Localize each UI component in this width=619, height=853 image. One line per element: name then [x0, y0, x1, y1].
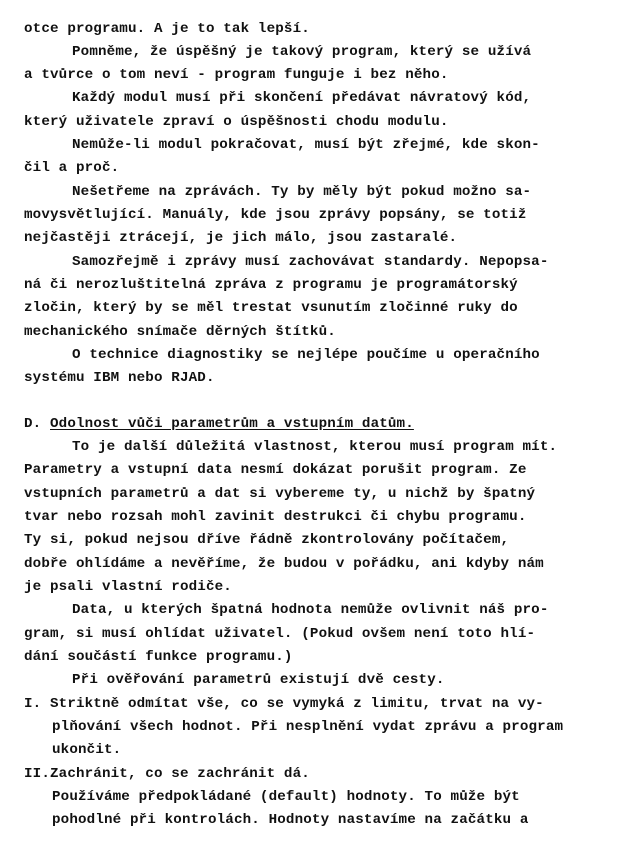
text-line: je psali vlastní rodiče.	[24, 578, 232, 596]
section-label: D.	[24, 416, 41, 432]
text-line: II.Zachránit, co se zachránit dá.	[24, 765, 310, 783]
typewritten-page: otce programu. A je to tak lepší.Pomněme…	[0, 0, 619, 853]
text-line: ukončit.	[52, 741, 121, 759]
text-line: gram, si musí ohlídat uživatel. (Pokud o…	[24, 625, 535, 643]
text-line: Data, u kterých špatná hodnota nemůže ov…	[72, 601, 549, 619]
text-line: otce programu. A je to tak lepší.	[24, 20, 310, 38]
text-line: Samozřejmě i zprávy musí zachovávat stan…	[72, 253, 549, 271]
text-line: systému IBM nebo RJAD.	[24, 369, 215, 387]
text-line: mechanického snímače děrných štítků.	[24, 323, 336, 341]
text-line: dání součástí funkce programu.)	[24, 648, 293, 666]
text-line: ná či nerozluštitelná zpráva z programu …	[24, 276, 518, 294]
text-line: Pomněme, že úspěšný je takový program, k…	[72, 43, 531, 61]
text-line: Parametry a vstupní data nesmí dokázat p…	[24, 461, 527, 479]
section-heading: D. Odolnost vůči parametrům a vstupním d…	[24, 415, 414, 433]
text-line: čil a proč.	[24, 159, 119, 177]
text-line: Ty si, pokud nejsou dříve řádně zkontrol…	[24, 531, 509, 549]
text-line: Používáme předpokládané (default) hodnot…	[52, 788, 520, 806]
text-line: I. Striktně odmítat vše, co se vymyká z …	[24, 695, 544, 713]
text-line: vstupních parametrů a dat si vybereme ty…	[24, 485, 535, 503]
text-line: Každý modul musí při skončení předávat n…	[72, 89, 531, 107]
text-line: a tvůrce o tom neví - program funguje i …	[24, 66, 449, 84]
text-line: plňování všech hodnot. Při nesplnění vyd…	[52, 718, 563, 736]
text-line: zločin, který by se měl trestat vsunutím…	[24, 299, 518, 317]
text-line: pohodlné při kontrolách. Hodnoty nastaví…	[52, 811, 529, 829]
text-line: dobře ohlídáme a nevěříme, že budou v po…	[24, 555, 544, 573]
text-line: který uživatele zpraví o úspěšnosti chod…	[24, 113, 449, 131]
text-line: To je další důležitá vlastnost, kterou m…	[72, 438, 557, 456]
text-line: Nešetřeme na zprávách. Ty by měly být po…	[72, 183, 531, 201]
text-line: tvar nebo rozsah mohl zavinit destrukci …	[24, 508, 527, 526]
text-line: movysvětlující. Manuály, kde jsou zprávy…	[24, 206, 527, 224]
text-line: Při ověřování parametrů existují dvě ces…	[72, 671, 445, 689]
text-line: Nemůže-li modul pokračovat, musí být zře…	[72, 136, 540, 154]
section-title: Odolnost vůči parametrům a vstupním datů…	[50, 416, 414, 432]
text-line: O technice diagnostiky se nejlépe poučím…	[72, 346, 540, 364]
text-line: nejčastěji ztrácejí, je jich málo, jsou …	[24, 229, 457, 247]
